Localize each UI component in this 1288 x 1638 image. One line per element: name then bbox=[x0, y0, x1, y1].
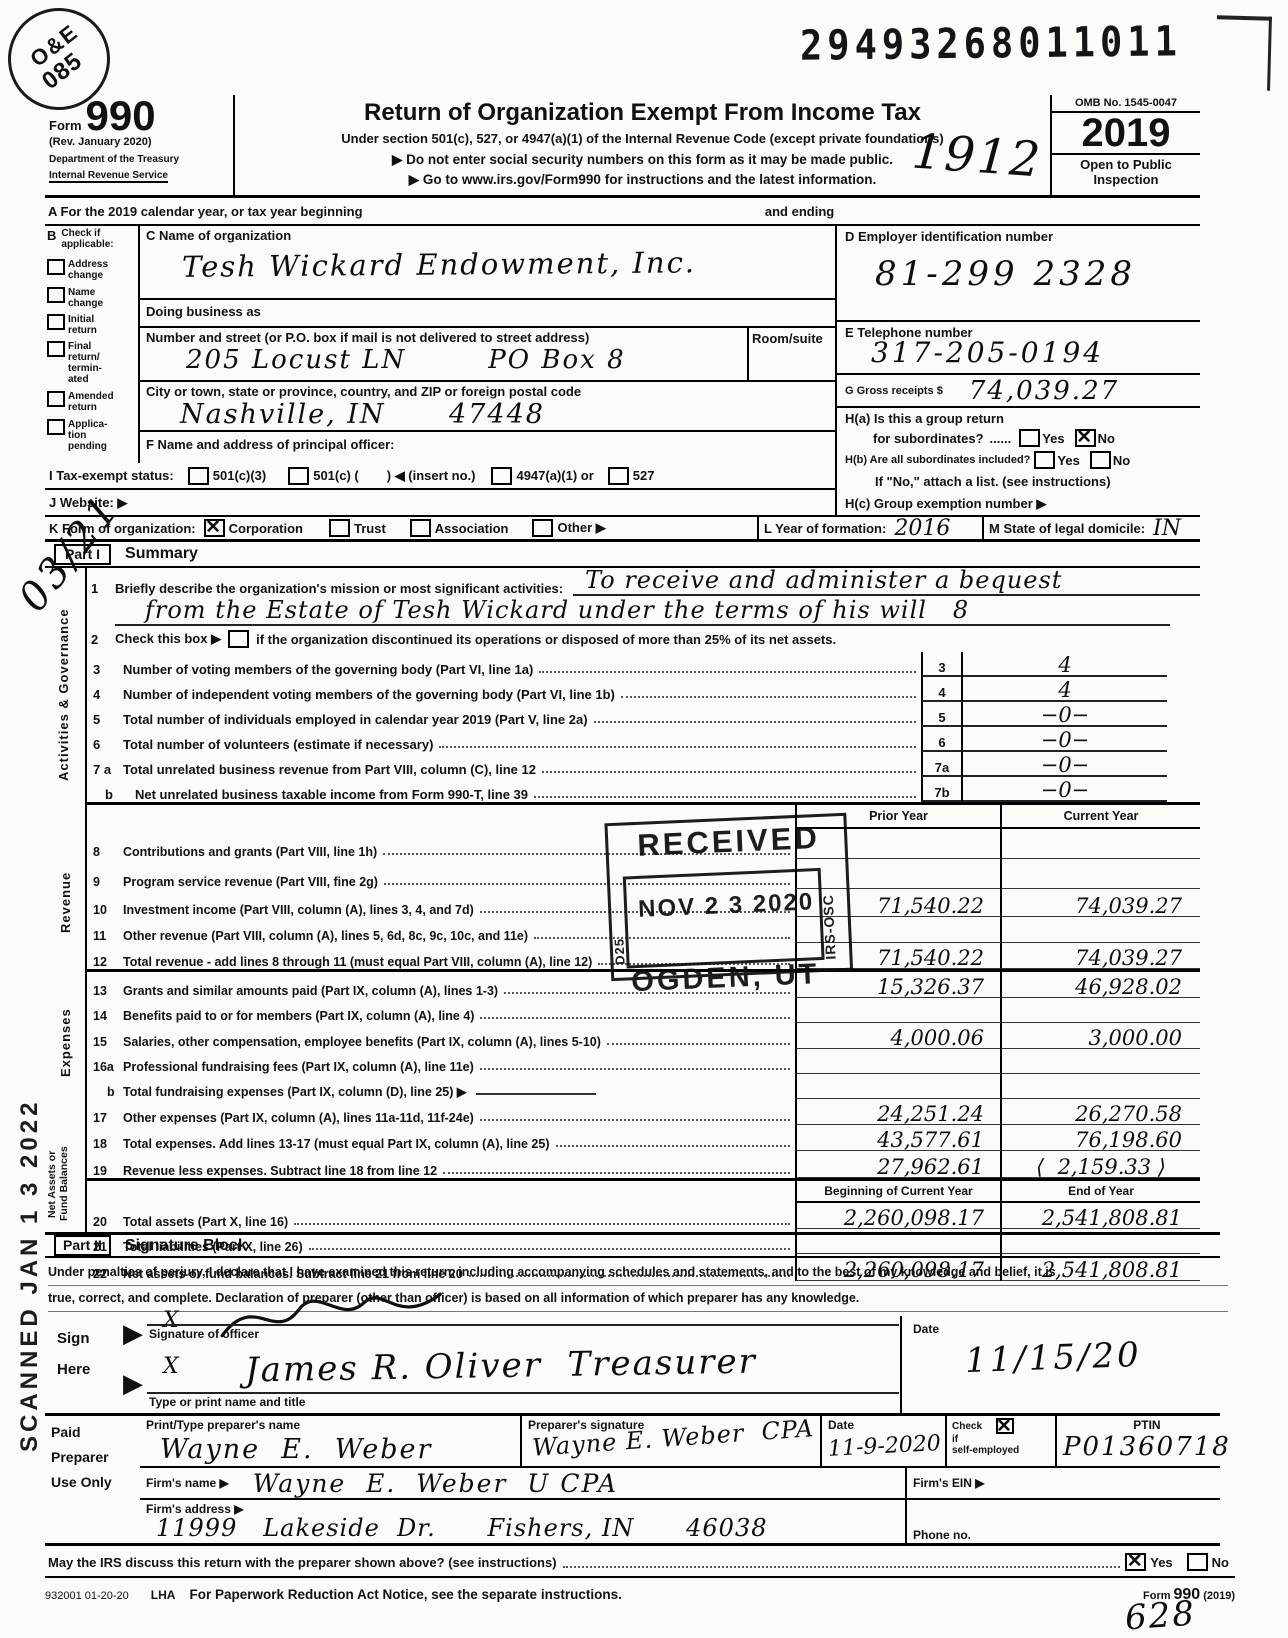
form-line-3: 3Number of voting members of the governi… bbox=[85, 652, 1200, 677]
line2-post: if the organization discontinued its ope… bbox=[256, 632, 836, 647]
irs-label: Internal Revenue Service bbox=[49, 170, 168, 183]
paperwork-notice: For Paperwork Reduction Act Notice, see … bbox=[189, 1587, 621, 1602]
part2-tab: Part II bbox=[54, 1235, 111, 1256]
officer-name-title-value: James R. Oliver Treasurer bbox=[245, 1342, 757, 1391]
amended-return-label: Amended return bbox=[68, 391, 122, 413]
org-name-value: Tesh Wickard Endowment, Inc. bbox=[182, 244, 829, 284]
principal-officer-label: F Name and address of principal officer: bbox=[146, 437, 395, 452]
form-revision: (Rev. January 2020) bbox=[49, 136, 229, 148]
tax-exempt-status-line: I Tax-exempt status: 501(c)(3) 501(c) ( … bbox=[45, 463, 835, 490]
year-formation-value: 2016 bbox=[894, 516, 950, 541]
side-label-net-assets: Net Assets or Fund Balances bbox=[46, 1138, 70, 1230]
preparer-label: Preparer bbox=[51, 1449, 112, 1465]
4947a1-checkbox bbox=[491, 467, 512, 485]
line7b-value: −0− bbox=[1041, 781, 1090, 800]
final-return-checkbox bbox=[47, 341, 65, 357]
side-label-governance: Activities & Governance bbox=[56, 575, 71, 815]
hb-no-checkbox bbox=[1090, 451, 1111, 469]
form-line-4: 4Number of independent voting members of… bbox=[85, 677, 1200, 702]
corporation-checkbox bbox=[204, 519, 225, 537]
form-line-17: 17Other expenses (Part IX, column (A), l… bbox=[85, 1099, 1200, 1125]
footer-row: 932001 01-20-20 LHA For Paperwork Reduct… bbox=[45, 1586, 1235, 1604]
sign-arrow-icon-1: ▶ bbox=[123, 1318, 143, 1349]
gross-receipts-label: G Gross receipts $ bbox=[845, 385, 943, 397]
form-word: Form bbox=[49, 118, 82, 133]
current-year-header: Current Year bbox=[1000, 805, 1200, 829]
other-checkbox bbox=[532, 519, 553, 537]
paid-label: Paid bbox=[51, 1424, 112, 1440]
handwritten-bottom-note: 628 bbox=[1124, 1594, 1198, 1638]
501c3-checkbox bbox=[188, 467, 209, 485]
city-label: City or town, state or province, country… bbox=[146, 384, 829, 399]
asset-column-headers: Beginning of Current Year End of Year bbox=[85, 1178, 1200, 1203]
line-number-box: 6 bbox=[921, 727, 963, 752]
scanned-stamp: SCANNED JAN 1 3 2022 bbox=[16, 1010, 44, 1540]
signature-of-officer-label: Signature of officer bbox=[149, 1327, 259, 1341]
line7a-value: −0− bbox=[1041, 756, 1090, 775]
mission-value-1: To receive and administer a bequest bbox=[573, 566, 1200, 596]
footer-code: 932001 01-20-20 bbox=[45, 1590, 129, 1602]
self-employed-label: self-employed bbox=[952, 1445, 1050, 1456]
mission-label: Briefly describe the organization's miss… bbox=[115, 581, 563, 596]
sign-date-value: 11/15/20 bbox=[964, 1335, 1142, 1381]
hb-yes-checkbox bbox=[1034, 451, 1055, 469]
line20-end: 2,541,808.81 bbox=[1042, 1209, 1182, 1228]
sign-label: Sign bbox=[57, 1330, 90, 1347]
ptin-value: P01360718 bbox=[1063, 1432, 1231, 1462]
line2-num: 2 bbox=[91, 632, 115, 647]
initial-return-checkbox bbox=[47, 314, 65, 330]
street-value: 205 Locust LN PO Box 8 bbox=[186, 345, 741, 375]
hc-label: H(c) Group exemption number ▶ bbox=[845, 496, 1192, 512]
received-stamp: RECEIVED NOV 2 3 2020 IRS-OSC D25 OGDEN,… bbox=[594, 804, 862, 1000]
line17-prior: 24,251.24 bbox=[877, 1105, 984, 1124]
street-label: Number and street (or P.O. box if mail i… bbox=[146, 330, 741, 345]
501c-checkbox bbox=[288, 467, 309, 485]
organization-box: C Name of organization Tesh Wickard Endo… bbox=[140, 226, 835, 463]
association-checkbox bbox=[410, 519, 431, 537]
form-line-6: 6Total number of volunteers (estimate if… bbox=[85, 727, 1200, 752]
501c3-label: 501(c)(3) bbox=[213, 468, 266, 483]
line1-num: 1 bbox=[91, 581, 115, 596]
form-line-14: 14Benefits paid to or for members (Part … bbox=[85, 998, 1200, 1023]
open-to-public-1: Open to Public bbox=[1052, 157, 1200, 172]
may-discuss-label: May the IRS discuss this return with the… bbox=[48, 1555, 557, 1570]
other-label: Other ▶ bbox=[557, 520, 605, 536]
line3-value: 4 bbox=[1058, 656, 1071, 675]
firm-name-label: Firm's name ▶ bbox=[146, 1476, 229, 1490]
form-header: Form 990 (Rev. January 2020) Department … bbox=[45, 95, 1200, 198]
line15-prior: 4,000.06 bbox=[890, 1029, 984, 1048]
self-employed-checkbox bbox=[996, 1418, 1014, 1434]
line12-prior: 71,540.22 bbox=[877, 949, 984, 968]
ha-yes-label: Yes bbox=[1042, 431, 1064, 446]
line18-prior: 43,577.61 bbox=[877, 1131, 984, 1150]
firm-name-value: Wayne E. Weber U CPA bbox=[253, 1469, 618, 1498]
line18-current: 76,198.60 bbox=[1075, 1131, 1182, 1150]
form-line-20: 20Total assets (Part X, line 16) 2,260,0… bbox=[85, 1203, 1200, 1229]
dotted-leader bbox=[439, 744, 916, 748]
dba-label: Doing business as bbox=[146, 304, 261, 319]
phone-no-label: Phone no. bbox=[913, 1528, 971, 1542]
527-checkbox bbox=[608, 467, 629, 485]
dotted-leader bbox=[534, 794, 916, 798]
form-line-16b: bTotal fundraising expenses (Part IX, co… bbox=[85, 1074, 1200, 1099]
name-change-label: Name change bbox=[68, 287, 120, 309]
trust-label: Trust bbox=[354, 521, 386, 536]
line5-value: −0− bbox=[1041, 706, 1090, 725]
address-change-checkbox bbox=[47, 259, 65, 275]
527-label: 527 bbox=[633, 468, 655, 483]
amended-return-checkbox bbox=[47, 391, 65, 407]
form-title: Return of Organization Exempt From Incom… bbox=[241, 99, 1044, 127]
form-number: 990 bbox=[86, 99, 156, 133]
domicile-value: IN bbox=[1153, 516, 1181, 541]
tax-year-line: A For the 2019 calendar year, or tax yea… bbox=[45, 198, 1200, 226]
dotted-leader bbox=[539, 669, 916, 673]
line6-value: −0− bbox=[1041, 731, 1090, 750]
firm-ein-label: Firm's EIN ▶ bbox=[913, 1476, 984, 1490]
association-label: Association bbox=[435, 521, 509, 536]
application-pending-label: Applica- tion pending bbox=[68, 419, 122, 452]
part2-title: Signature Block bbox=[125, 1237, 247, 1255]
discontinued-checkbox bbox=[228, 630, 249, 648]
line2-pre: Check this box ▶ bbox=[115, 631, 221, 647]
hb-label: H(b) Are all subordinates included? bbox=[845, 455, 1030, 466]
perjury-statement-1: Under penalties of perjury, I declare th… bbox=[48, 1265, 1228, 1286]
dln-number: 29493268011011 bbox=[800, 17, 1182, 70]
form-subtitle: Under section 501(c), 527, or 4947(a)(1)… bbox=[241, 131, 1044, 146]
side-label-expenses: Expenses bbox=[58, 950, 73, 1135]
open-to-public-2: Inspection bbox=[1052, 172, 1200, 187]
lha-label: LHA bbox=[151, 1588, 176, 1602]
hb-note: If "No," attach a list. (see instruction… bbox=[875, 474, 1192, 489]
beginning-year-header: Beginning of Current Year bbox=[795, 1181, 1000, 1203]
side-label-net-assets-2: Fund Balances bbox=[58, 1138, 70, 1230]
phone-value: 317-205-0194 bbox=[871, 336, 1192, 369]
ptin-label: PTIN bbox=[1063, 1418, 1231, 1432]
sign-date-label: Date bbox=[913, 1322, 939, 1336]
discontinued-line: 2 Check this box ▶ if the organization d… bbox=[85, 626, 1200, 652]
ha-dots: ...... bbox=[990, 431, 1012, 446]
line20-begin: 2,260,098.17 bbox=[844, 1209, 984, 1228]
box-b-letter: B bbox=[47, 228, 56, 250]
form-line-19: 19Revenue less expenses. Subtract line 1… bbox=[85, 1151, 1200, 1178]
line-number-box: 7a bbox=[921, 752, 963, 777]
form-990-scan: O&E 085 29493268011011 1912 Form 990 (Re… bbox=[0, 0, 1288, 1638]
application-pending-checkbox bbox=[47, 419, 65, 435]
sign-block: Sign Here ▶ ▶ X Signature of officer Dat… bbox=[45, 1316, 1220, 1416]
tax-year-label: A For the 2019 calendar year, or tax yea… bbox=[45, 204, 363, 219]
dotted-leader bbox=[594, 719, 916, 723]
trust-checkbox bbox=[329, 519, 350, 537]
line-number-box: 3 bbox=[921, 652, 963, 677]
line-number-box: 4 bbox=[921, 677, 963, 702]
side-label-net-assets-1: Net Assets or bbox=[46, 1138, 58, 1230]
preparer-name-value: Wayne E. Weber bbox=[160, 1434, 514, 1465]
form-line-7b: bNet unrelated business taxable income f… bbox=[85, 777, 1200, 802]
form-line-16a: 16aProfessional fundraising fees (Part I… bbox=[85, 1049, 1200, 1074]
ha-yes-checkbox bbox=[1019, 429, 1040, 447]
line12-current: 74,039.27 bbox=[1075, 949, 1182, 968]
here-label: Here bbox=[57, 1361, 90, 1378]
insert-no-label: ) ◀ (insert no.) bbox=[387, 468, 476, 484]
may-discuss-yes-checkbox bbox=[1125, 1553, 1146, 1571]
form-line-18: 18Total expenses. Add lines 13-17 (must … bbox=[85, 1125, 1200, 1151]
tax-exempt-label: I Tax-exempt status: bbox=[49, 468, 174, 483]
line4-value: 4 bbox=[1058, 681, 1071, 700]
form-line-15: 15Salaries, other compensation, employee… bbox=[85, 1023, 1200, 1049]
ein-label: D Employer identification number bbox=[845, 229, 1192, 244]
mission-line-2: from the Estate of Tesh Wickard under th… bbox=[85, 596, 1200, 626]
name-change-checkbox bbox=[47, 287, 65, 303]
sign-date-divider bbox=[900, 1316, 902, 1413]
org-name-label: C Name of organization bbox=[146, 228, 829, 243]
ha-label-2: for subordinates? bbox=[873, 431, 984, 446]
hb-no-label: No bbox=[1113, 453, 1130, 468]
dept-treasury: Department of the Treasury bbox=[49, 154, 229, 165]
checkif-applicable-box: B Check if applicable: Address change Na… bbox=[45, 226, 140, 463]
officer-x-mark-2: X bbox=[163, 1354, 179, 1379]
form-of-organization-line: K Form of organization: Corporation Trus… bbox=[45, 515, 1200, 542]
ha-no-checkbox bbox=[1075, 429, 1096, 447]
form-bullet-2: ▶ Go to www.irs.gov/Form990 for instruct… bbox=[241, 172, 1044, 188]
preparer-name-label: Print/Type preparer's name bbox=[146, 1418, 514, 1432]
line13-current: 46,928.02 bbox=[1075, 978, 1182, 997]
year-formation-label: L Year of formation: bbox=[764, 521, 886, 536]
mission-value-2: from the Estate of Tesh Wickard under th… bbox=[115, 596, 1170, 626]
corner-bracket-mark bbox=[1215, 15, 1272, 90]
ha-label-1: H(a) Is this a group return bbox=[845, 411, 1192, 426]
room-suite-label: Room/suite bbox=[752, 331, 823, 346]
ein-value: 81-299 2328 bbox=[875, 254, 1192, 294]
line15-current: 3,000.00 bbox=[1088, 1029, 1182, 1048]
gross-receipts-value: 74,039.27 bbox=[969, 376, 1119, 406]
mission-line: 1 Briefly describe the organization's mi… bbox=[85, 568, 1200, 596]
hb-yes-label: Yes bbox=[1057, 453, 1079, 468]
form-bullet-1: ▶ Do not enter social security numbers o… bbox=[241, 152, 1044, 168]
line19-prior: 27,962.61 bbox=[877, 1158, 984, 1177]
form-year: 2019 bbox=[1052, 113, 1200, 155]
may-discuss-yes-label: Yes bbox=[1150, 1555, 1172, 1570]
form-line-5: 5Total number of individuals employed in… bbox=[85, 702, 1200, 727]
part2-header-bar: Part II Signature Block bbox=[45, 1232, 1220, 1258]
line10-prior: 71,540.22 bbox=[877, 897, 984, 916]
domicile-label: M State of legal domicile: bbox=[989, 521, 1145, 536]
may-discuss-row: May the IRS discuss this return with the… bbox=[45, 1548, 1235, 1578]
ein-phone-box: D Employer identification number 81-299 … bbox=[835, 226, 1200, 515]
tax-year-ending-label: and ending bbox=[765, 204, 834, 219]
line13-prior: 15,326.37 bbox=[877, 978, 984, 997]
form-line-7a: 7 aTotal unrelated business revenue from… bbox=[85, 752, 1200, 777]
address-change-label: Address change bbox=[68, 259, 120, 281]
initial-return-label: Initial return bbox=[68, 314, 120, 336]
preparer-date-value: 11-9-2020 bbox=[827, 1431, 939, 1462]
part1-header-bar: Part I Summary bbox=[45, 542, 1200, 568]
may-discuss-no-label: No bbox=[1212, 1555, 1229, 1570]
part1-title: Summary bbox=[125, 545, 198, 563]
city-value: Nashville, IN 47448 bbox=[180, 399, 829, 430]
4947a1-label: 4947(a)(1) or bbox=[516, 468, 593, 483]
line17-current: 26,270.58 bbox=[1075, 1105, 1182, 1124]
preparer-date-label: Date bbox=[828, 1418, 939, 1432]
paid-preparer-block: Paid Preparer Use Only Print/Type prepar… bbox=[45, 1416, 1220, 1546]
type-print-label: Type or print name and title bbox=[149, 1395, 305, 1409]
sign-arrow-icon-2: ▶ bbox=[123, 1368, 143, 1399]
use-only-label: Use Only bbox=[51, 1474, 112, 1490]
footer-form-year: (2019) bbox=[1203, 1590, 1235, 1602]
line-number-box: 7b bbox=[921, 777, 963, 802]
check-label: Check bbox=[952, 1421, 982, 1432]
dotted-leader bbox=[542, 769, 916, 773]
end-year-header: End of Year bbox=[1000, 1181, 1200, 1203]
dotted-leader bbox=[621, 694, 916, 698]
501c-label: 501(c) ( bbox=[313, 468, 359, 483]
firm-address-value: 11999 Lakeside Dr. Fishers, IN 46038 bbox=[156, 1514, 899, 1542]
final-return-label: Final return/ termin- ated bbox=[68, 341, 122, 385]
line-number-box: 5 bbox=[921, 702, 963, 727]
line19-current: ⟨ 2,159.33 ⟩ bbox=[1036, 1158, 1166, 1177]
line10-current: 74,039.27 bbox=[1075, 897, 1182, 916]
may-discuss-no-checkbox bbox=[1187, 1553, 1208, 1571]
website-line: J Website: ▶ bbox=[45, 490, 835, 515]
box-b-label: Check if applicable: bbox=[61, 228, 136, 250]
ha-no-label: No bbox=[1098, 431, 1115, 446]
corporation-label: Corporation bbox=[229, 521, 303, 536]
